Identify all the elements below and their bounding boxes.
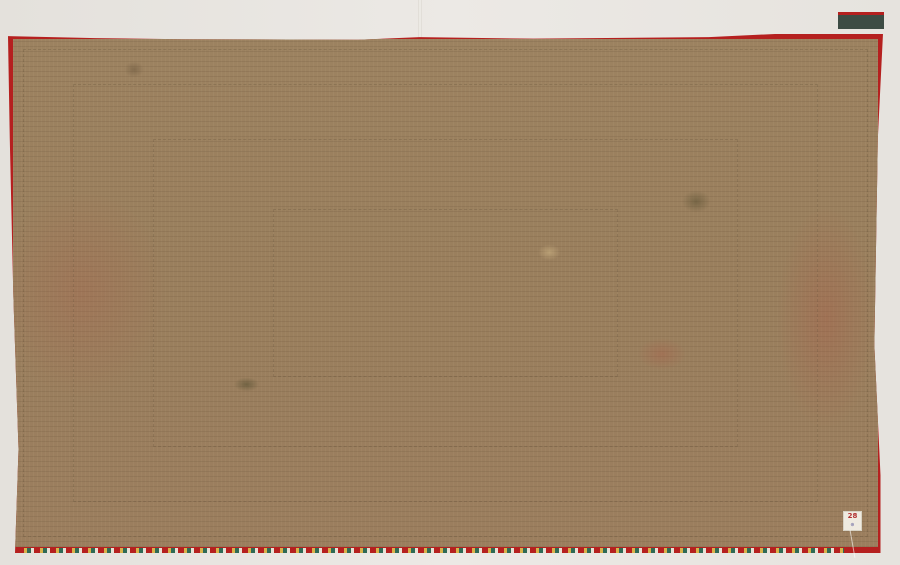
corner-patch [838, 12, 884, 29]
photo-scene: 28 ⊕ [0, 0, 900, 565]
wall-seam [418, 0, 422, 40]
bottom-striped-binding [18, 548, 844, 553]
inventory-label-tag: 28 ⊕ [843, 511, 862, 531]
label-subtext: ⊕ [844, 521, 861, 530]
stitch-frame-center [273, 209, 618, 377]
label-number: 28 [848, 512, 858, 520]
quilt-field [13, 39, 878, 547]
quilt [8, 34, 884, 553]
